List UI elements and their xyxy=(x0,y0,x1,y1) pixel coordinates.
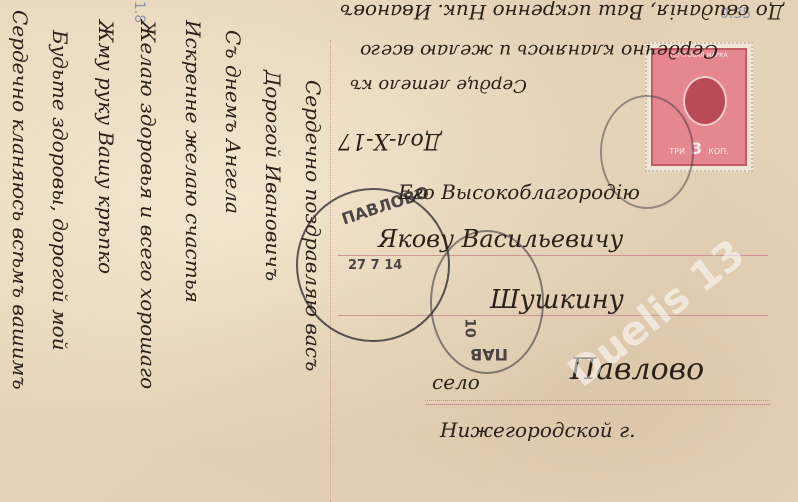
double-headed-eagle-icon xyxy=(683,76,727,126)
postcard: 0.35 1.8 ПОЧТОВАЯ МАРКА ТРИ3КОП. ПАВЛОВО… xyxy=(0,0,798,502)
address-rule-3 xyxy=(425,400,770,401)
message-column-7: Будьте здоровы, дорогой мой xyxy=(48,30,72,351)
postmark-side-number: 10 xyxy=(462,318,478,337)
address-recipient-surname: Шушкину xyxy=(490,285,624,315)
address-rule-3b xyxy=(425,404,770,405)
message-column-6: Жму руку Вашу крѣпко xyxy=(94,20,118,274)
upside-down-line-1: До свиданія, Ваш искренно Ник. Ивановъ xyxy=(340,0,784,24)
postmark-date: 27 7 14 xyxy=(348,258,402,273)
message-column-3: Съ днемъ Ангела xyxy=(221,30,245,214)
message-column-5: Желаю здоровья и всего хорошаго xyxy=(136,20,160,389)
postmark-bottom-text: ПАВ xyxy=(470,345,508,364)
message-column-8: Сердечно кланяюсь всѣмъ вашимъ xyxy=(8,10,32,390)
message-column-2: Дорогой Ивановичъ xyxy=(261,70,285,281)
address-village-label: село xyxy=(432,370,480,394)
address-recipient-name: Якову Васильевичу xyxy=(378,225,623,253)
date-line: Дол-Х-17 xyxy=(338,128,442,153)
upside-down-line-2: Сердечно кланяюсь и желаю всего xyxy=(360,40,718,62)
upside-down-line-3: Сердце летело къ xyxy=(350,75,527,96)
address-honorific: Его Высокоблагородію xyxy=(398,180,640,204)
message-column-4: Искренне желаю счастья xyxy=(181,20,205,303)
message-column-1: Сердечно поздравляю васъ xyxy=(301,80,325,371)
address-province: Нижегородской г. xyxy=(440,418,635,442)
